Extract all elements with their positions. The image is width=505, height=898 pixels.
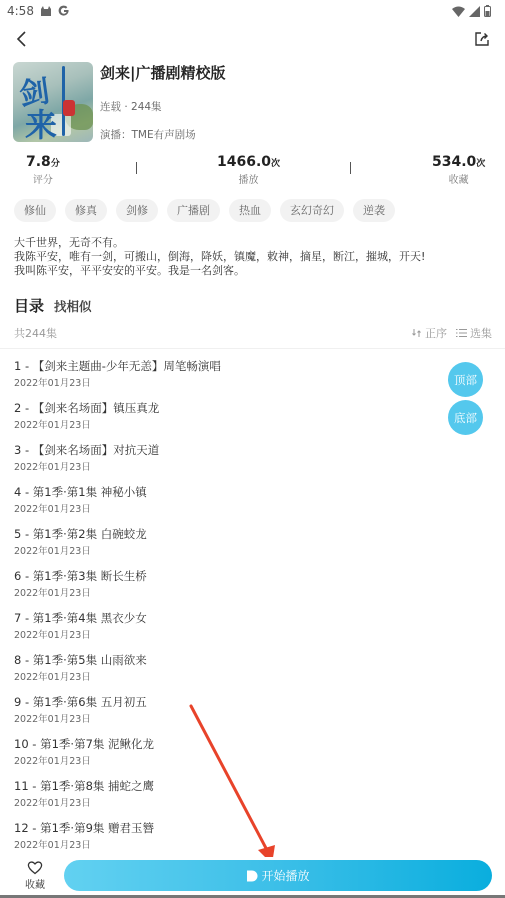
tag-chip[interactable]: 玄幻奇幻	[280, 199, 344, 222]
album-meta: 连载 · 244集	[100, 101, 225, 114]
stat-rating: 7.8分 评分	[26, 153, 60, 188]
catalog-header: 目录 找相似	[14, 295, 92, 316]
sort-icon	[412, 328, 422, 338]
episode-item[interactable]: 2 - 【剑来名场面】镇压真龙2022年01月23日	[14, 400, 444, 442]
stat-plays: 1466.0次 播放	[217, 153, 280, 188]
wifi-icon	[452, 6, 465, 17]
tag-list: 修仙 修真 剑修 广播剧 热血 玄幻奇幻 逆袭	[14, 199, 395, 222]
tag-chip[interactable]: 逆袭	[353, 199, 395, 222]
back-button[interactable]	[12, 28, 32, 50]
scroll-bottom-button[interactable]: 底部	[448, 400, 483, 435]
episode-item[interactable]: 1 - 【剑来主题曲-少年无恙】周笔畅演唱2022年01月23日	[14, 358, 444, 400]
play-icon	[246, 870, 258, 882]
list-icon	[456, 328, 467, 338]
select-episodes-button[interactable]: 选集	[456, 325, 492, 341]
episode-list: 1 - 【剑来主题曲-少年无恙】周笔畅演唱2022年01月23日 2 - 【剑来…	[14, 358, 444, 862]
bottom-bar: 收藏 开始播放	[0, 857, 505, 895]
status-time: 4:58	[7, 4, 34, 18]
chevron-left-icon	[12, 28, 32, 50]
signal-icon	[469, 6, 480, 17]
episode-item[interactable]: 12 - 第1季·第9集 赠君玉簪2022年01月23日	[14, 820, 444, 862]
tag-chip[interactable]: 剑修	[116, 199, 158, 222]
album-cover: 剑 来	[13, 62, 93, 142]
favorite-button[interactable]: 收藏	[20, 860, 50, 892]
find-similar-tab[interactable]: 找相似	[54, 297, 92, 315]
stat-divider	[136, 162, 137, 174]
sort-button[interactable]: 正序	[412, 325, 447, 341]
tag-chip[interactable]: 修真	[65, 199, 107, 222]
stat-favorites: 534.0次 收藏	[432, 153, 485, 188]
episode-item[interactable]: 6 - 第1季·第3集 断长生桥2022年01月23日	[14, 568, 444, 610]
stat-divider	[350, 162, 351, 174]
episode-item[interactable]: 3 - 【剑来名场面】对抗天道2022年01月23日	[14, 442, 444, 484]
episode-item[interactable]: 7 - 第1季·第4集 黑衣少女2022年01月23日	[14, 610, 444, 652]
share-button[interactable]	[473, 30, 491, 48]
app-bar	[0, 24, 505, 54]
stats-row: 7.8分 评分 1466.0次 播放 534.0次 收藏	[0, 153, 505, 189]
episode-count: 共244集	[14, 325, 57, 341]
tag-chip[interactable]: 修仙	[14, 199, 56, 222]
tag-chip[interactable]: 热血	[229, 199, 271, 222]
status-bar: 4:58	[0, 0, 505, 22]
cat-notification-icon	[40, 6, 52, 17]
tag-chip[interactable]: 广播剧	[167, 199, 220, 222]
battery-icon	[484, 5, 491, 17]
episode-item[interactable]: 11 - 第1季·第8集 捕蛇之鹰2022年01月23日	[14, 778, 444, 820]
divider	[0, 348, 505, 349]
google-icon	[58, 5, 70, 17]
album-header: 剑 来 剑来|广播剧精校版 连载 · 244集 演播：TME有声剧场	[13, 62, 493, 142]
scroll-top-button[interactable]: 顶部	[448, 362, 483, 397]
episode-item[interactable]: 9 - 第1季·第6集 五月初五2022年01月23日	[14, 694, 444, 736]
share-icon	[473, 30, 491, 48]
album-description: 大千世界，无奇不有。 我陈平安，唯有一剑，可搬山，倒海，降妖，镇魔，敕神，摘星，…	[14, 236, 494, 278]
episode-item[interactable]: 8 - 第1季·第5集 山雨欲来2022年01月23日	[14, 652, 444, 694]
catalog-toolbar: 共244集 正序 选集	[14, 324, 492, 342]
album-cast: 演播：TME有声剧场	[100, 129, 225, 142]
album-title: 剑来|广播剧精校版	[100, 64, 225, 82]
heart-icon	[27, 860, 43, 875]
start-play-button[interactable]: 开始播放	[64, 860, 492, 891]
episode-item[interactable]: 4 - 第1季·第1集 神秘小镇2022年01月23日	[14, 484, 444, 526]
episode-item[interactable]: 5 - 第1季·第2集 白碗蛟龙2022年01月23日	[14, 526, 444, 568]
episode-item[interactable]: 10 - 第1季·第7集 泥鳅化龙2022年01月23日	[14, 736, 444, 778]
catalog-title: 目录	[14, 295, 44, 316]
